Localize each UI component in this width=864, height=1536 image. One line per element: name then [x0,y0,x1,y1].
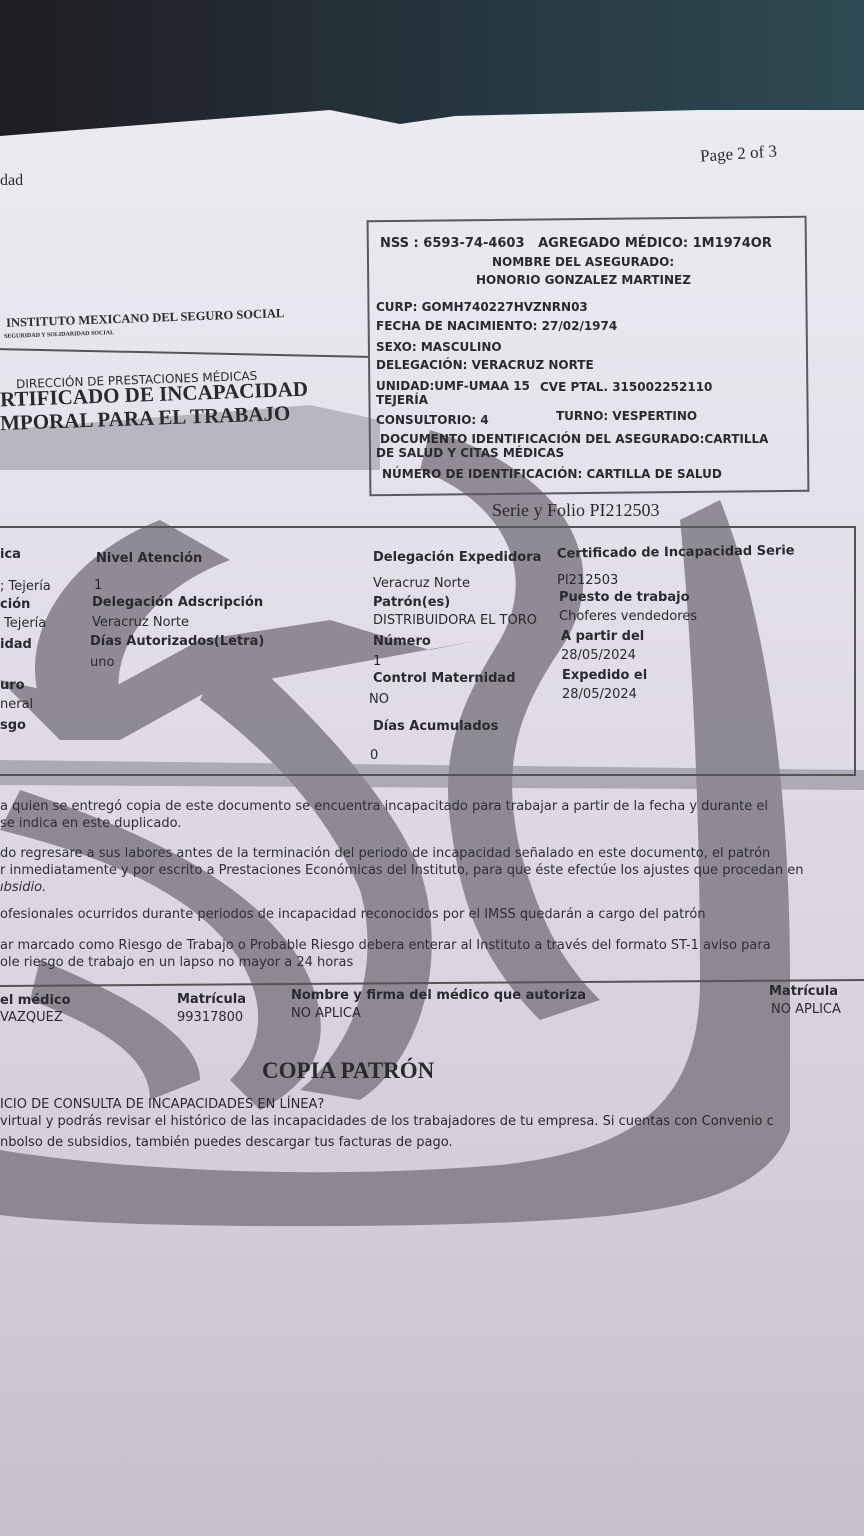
office-label: CONSULTORIO: [376,413,476,427]
sex-value: MASCULINO [421,340,502,354]
dias-acumulados-value: 0 [370,748,378,763]
left-label-2: ción [0,597,30,612]
unit-label: UNIDAD: [376,379,434,393]
left-label-5: sgo [0,718,26,733]
control-maternidad-label: Control Maternidad [373,671,516,686]
copy-title: COPIA PATRÓN [262,1058,434,1084]
curp-row: CURP: GOMH740227HVZNRN03 [376,300,588,314]
nivel-atencion-value: 1 [94,578,102,593]
unit-line2: TEJERÍA [376,393,428,407]
id-number: NÚMERO DE IDENTIFICACIÓN: CARTILLA DE SA… [382,467,722,481]
left-label-3: idad [0,637,32,652]
note-3-line-1: ofesionales ocurridos durante periodos d… [0,906,706,923]
dias-acumulados-label: Días Acumulados [373,719,498,734]
agregado-label: AGREGADO MÉDICO: [538,236,688,251]
left-label-4: uro [0,678,25,693]
note-1: a quien se entregó copia de este documen… [0,798,768,832]
note-1-line-2: se indica en este duplicado. [0,815,768,832]
patron-value: DISTRIBUIDORA EL TORO [373,613,537,628]
cve-row: CVE PTAL. 315002252110 [540,380,712,394]
delegacion-expedidora-label: Delegación Expedidora [373,550,541,565]
dias-autorizados-value: uno [90,655,114,670]
online-line-1: virtual y podrás revisar el histórico de… [0,1114,774,1129]
left-value-2: Tejería [4,616,46,631]
patron-label: Patrón(es) [373,595,450,610]
sex-row: SEXO: MASCULINO [376,340,502,354]
a-partir-value: 28/05/2024 [561,648,636,663]
birth-value: 27/02/1974 [542,319,618,333]
note-3: ofesionales ocurridos durante periodos d… [0,906,706,923]
nss-row: NSS : 6593-74-4603 AGREGADO MÉDICO: 1M19… [380,236,772,251]
dias-autorizados-label: Días Autorizados(Letra) [90,634,264,649]
insured-name-label: NOMBRE DEL ASEGURADO: [492,255,674,269]
serie-value: PI212503 [557,573,618,588]
header-fragment: dad [0,172,23,190]
a-partir-label: A partir del [561,629,644,644]
nivel-atencion-label: Nivel Atención [96,551,202,566]
note-4-line-1: ar marcado como Riesgo de Trabajo o Prob… [0,937,771,954]
nss-label: NSS : [380,236,419,251]
shift-value: VESPERTINO [612,409,697,423]
unit-row: UNIDAD:UMF-UMAA 15 [376,379,530,393]
numero-label: Número [373,634,431,649]
delegacion-adscripcion-label: Delegación Adscripción [92,595,263,610]
shift-label: TURNO: [556,409,608,423]
note-2-line-3: ıbsidio. [0,879,803,896]
curp-value: GOMH740227HVZNRN03 [422,300,588,314]
birth-row: FECHA DE NACIMIENTO: 27/02/1974 [376,319,617,333]
doc-id-line2: DE SALUD Y CITAS MÉDICAS [376,446,564,460]
online-question: ICIO DE CONSULTA DE INCAPACIDADES EN LÍN… [0,1097,324,1112]
note-2-line-2: r inmediatamente y por escrito a Prestac… [0,862,803,879]
matricula2-label: Matrícula [769,984,838,999]
matricula-label: Matrícula [177,992,246,1007]
expedido-label: Expedido el [562,668,647,683]
doctor-label: el médico [0,993,71,1008]
agregado-value: 1M1974OR [693,236,772,251]
matricula-value: 99317800 [177,1010,243,1025]
numero-value: 1 [373,654,381,669]
nss-value: 6593-74-4603 [423,236,524,251]
left-label-1: ica [0,547,21,562]
cve-label: CVE PTAL. [540,380,608,394]
delegation-value: VERACRUZ NORTE [472,358,594,372]
doctor-name: VAZQUEZ [0,1010,63,1025]
note-1-line-1: a quien se entregó copia de este documen… [0,798,768,815]
note-4-line-2: ole riesgo de trabajo en un lapso no may… [0,954,771,971]
authorizer-label: Nombre y firma del médico que autoriza [291,988,586,1003]
online-line-2: nbolso de subsidios, también puedes desc… [0,1135,453,1150]
delegation-label: DELEGACIÓN: [376,358,467,372]
authorizer-value: NO APLICA [291,1006,361,1021]
curp-label: CURP: [376,300,417,314]
note-2-line-1: do regresare a sus labores antes de la t… [0,845,803,862]
matricula2-value: NO APLICA [771,1002,841,1017]
left-value-4: neral [0,697,33,712]
note-4: ar marcado como Riesgo de Trabajo o Prob… [0,937,771,971]
serie-folio: Serie y Folio PI212503 [492,500,660,521]
insured-name: HONORIO GONZALEZ MARTINEZ [476,273,691,287]
unit-value: UMF-UMAA 15 [434,379,530,393]
expedido-value: 28/05/2024 [562,687,637,702]
left-value-1: ; Tejería [0,579,51,594]
doc-id-line1: DOCUMENTO IDENTIFICACIÓN DEL ASEGURADO:C… [380,432,768,446]
sex-label: SEXO: [376,340,417,354]
delegacion-adscripcion-value: Veracruz Norte [92,615,189,630]
delegation-row: DELEGACIÓN: VERACRUZ NORTE [376,358,594,372]
birth-label: FECHA DE NACIMIENTO: [376,319,537,333]
note-2: do regresare a sus labores antes de la t… [0,845,803,896]
cve-value: 315002252110 [612,380,712,394]
puesto-label: Puesto de trabajo [559,590,690,605]
delegacion-expedidora-value: Veracruz Norte [373,576,470,591]
control-maternidad-value: NO [369,692,389,707]
office-row: CONSULTORIO: 4 [376,413,489,427]
office-value: 4 [480,413,488,427]
puesto-value: Choferes vendedores [559,609,697,624]
shift-row: TURNO: VESPERTINO [556,409,697,423]
